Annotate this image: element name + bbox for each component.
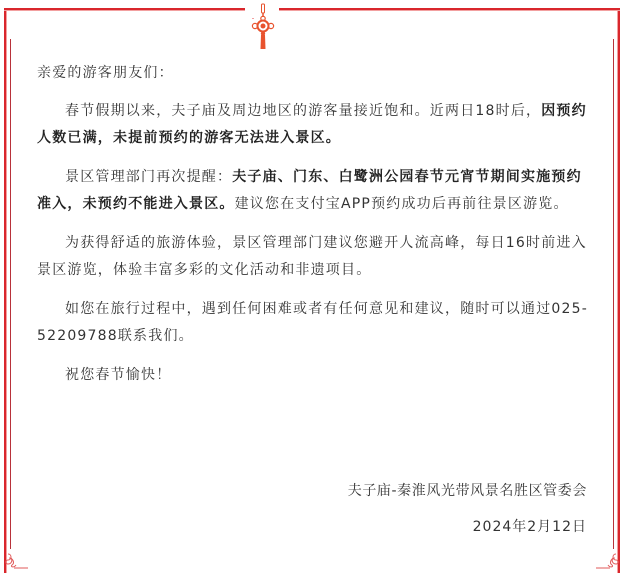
signature: 夫子庙-秦淮风光带风景名胜区管委会 (348, 480, 587, 500)
paragraph-1-text: 春节假期以来，夫子庙及周边地区的游客量接近饱和。近两日18时后， (65, 103, 541, 119)
closing-wish-text: 祝您春节愉快！ (65, 367, 171, 383)
chinese-knot-icon (249, 2, 277, 50)
frame-border-left (4, 8, 6, 573)
knot-corner-icon-bottom-right (595, 552, 619, 570)
paragraph-3: 为获得舒适的旅游体验，景区管理部门建议您避开人流高峰，每日16时前进入景区游览，… (37, 230, 593, 284)
letter-body: 亲爱的游客朋友们： 春节假期以来，夫子庙及周边地区的游客量接近饱和。近两日18时… (37, 60, 593, 401)
paragraph-4: 如您在旅行过程中，遇到任何困难或者有任何意见和建议，随时可以通过025-5220… (37, 296, 593, 350)
paragraph-3-text: 为获得舒适的旅游体验，景区管理部门建议您避开人流高峰，每日16时前进入景区游览，… (37, 235, 587, 278)
frame-border-right (618, 8, 620, 573)
frame-border-top-left (4, 8, 245, 10)
closing-wish: 祝您春节愉快！ (37, 362, 593, 389)
frame-border-top-right (279, 8, 620, 10)
date: 2024年2月12日 (473, 516, 587, 536)
paragraph-1: 春节假期以来，夫子庙及周边地区的游客量接近饱和。近两日18时后，因预约人数已满，… (37, 98, 593, 152)
frame-inner-line-right (613, 39, 614, 549)
paragraph-4-text: 如您在旅行过程中，遇到任何困难或者有任何意见和建议，随时可以通过025-5220… (37, 301, 588, 344)
paragraph-2: 景区管理部门再次提醒：夫子庙、门东、白鹭洲公园春节元宵节期间实施预约准入，未预约… (37, 164, 593, 218)
greeting: 亲爱的游客朋友们： (37, 60, 593, 87)
knot-corner-icon-bottom-left (5, 552, 29, 570)
paragraph-2-text: 景区管理部门再次提醒： (65, 169, 232, 185)
paragraph-2-suggestion: 建议您在支付宝APP预约成功后再前往景区游览。 (235, 196, 569, 212)
frame-inner-line-left (10, 39, 11, 549)
